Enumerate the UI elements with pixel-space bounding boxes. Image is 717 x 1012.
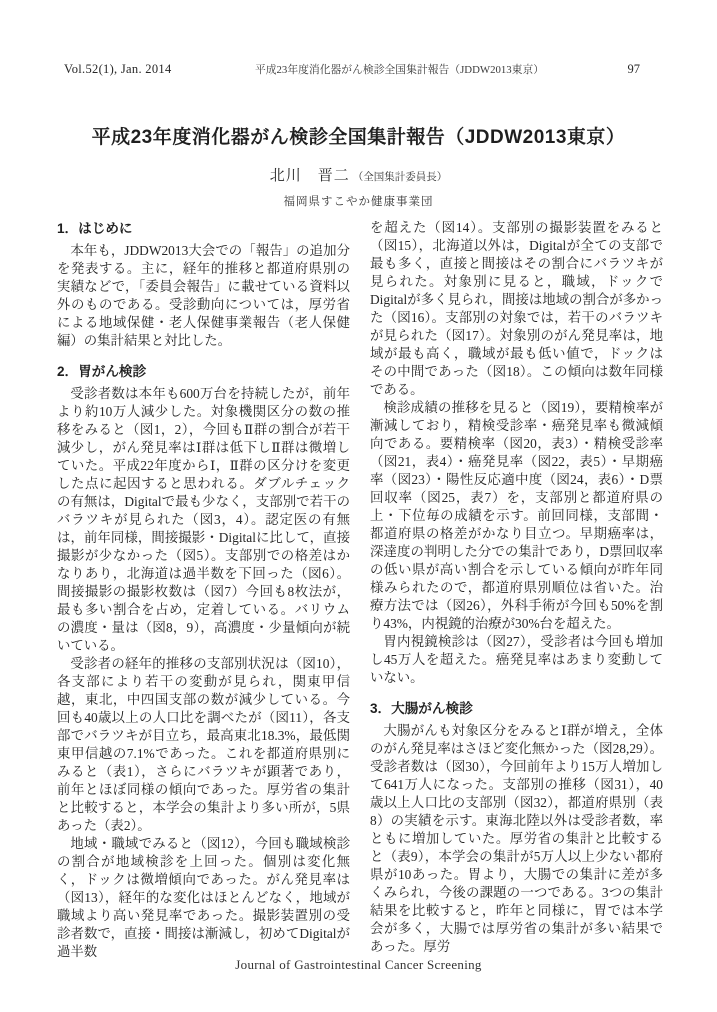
author-role: （全国集計委員長） [353,172,448,183]
author-name: 北川 晋二 [270,168,350,184]
stomach-paragraph-5: 胃内視鏡検診は（図27），受診者は今回も増加し45万人を超えた。癌発見率はあまり… [370,633,663,687]
journal-page: Vol.52(1), Jan. 2014 平成23年度消化器がん検診全国集計報告… [0,0,717,1012]
stomach-paragraph-3-continued: を超えた（図14）。支部別の撮影装置をみると（図15），北海道以外は，Digit… [370,219,663,399]
running-header: Vol.52(1), Jan. 2014 平成23年度消化器がん検診全国集計報告… [64,62,640,77]
journal-name: Journal of Gastrointestinal Cancer Scree… [0,957,717,973]
intro-paragraph: 本年も，JDDW2013大会での「報告」の追加分を発表する。主に，経年的推移と都… [57,242,350,350]
section-2-heading: 2．胃がん検診 [57,363,350,381]
left-column: 1．はじめに 本年も，JDDW2013大会での「報告」の追加分を発表する。主に，… [57,219,350,961]
page-number: 97 [627,62,640,77]
stomach-paragraph-4: 検診成績の推移を見ると（図19），要精検率が漸減しており，精検受診率・癌発見率も… [370,399,663,633]
article-title: 平成23年度消化器がん検診全国集計報告（JDDW2013東京） [0,122,717,149]
colon-paragraph-1: 大腸がんも対象区分をみるとⅠ群が増え，全体のがん発見率はさほど変化無かった（図2… [370,722,663,956]
stomach-paragraph-3: 地域・職域でみると（図12），今回も職域検診の割合が地域検診を上回った。個別は変… [57,835,350,961]
volume-date: Vol.52(1), Jan. 2014 [64,62,172,77]
stomach-paragraph-1: 受診者数は本年も600万台を持続したが，前年より約10万人減少した。対象機関区分… [57,385,350,655]
author-line: 北川 晋二（全国集計委員長） [0,164,717,185]
running-title: 平成23年度消化器がん検診全国集計報告（JDDW2013東京） [255,62,544,77]
section-3-heading: 3．大腸がん検診 [370,700,663,718]
section-1-heading: 1．はじめに [57,220,350,238]
stomach-paragraph-2: 受診者の経年的推移の支部別状況は（図10），各支部により若干の変動が見られ，関東… [57,655,350,835]
right-column: を超えた（図14）。支部別の撮影装置をみると（図15），北海道以外は，Digit… [370,219,663,961]
article-body: 1．はじめに 本年も，JDDW2013大会での「報告」の追加分を発表する。主に，… [57,219,663,961]
author-affiliation: 福岡県すこやか健康事業団 [0,193,717,209]
